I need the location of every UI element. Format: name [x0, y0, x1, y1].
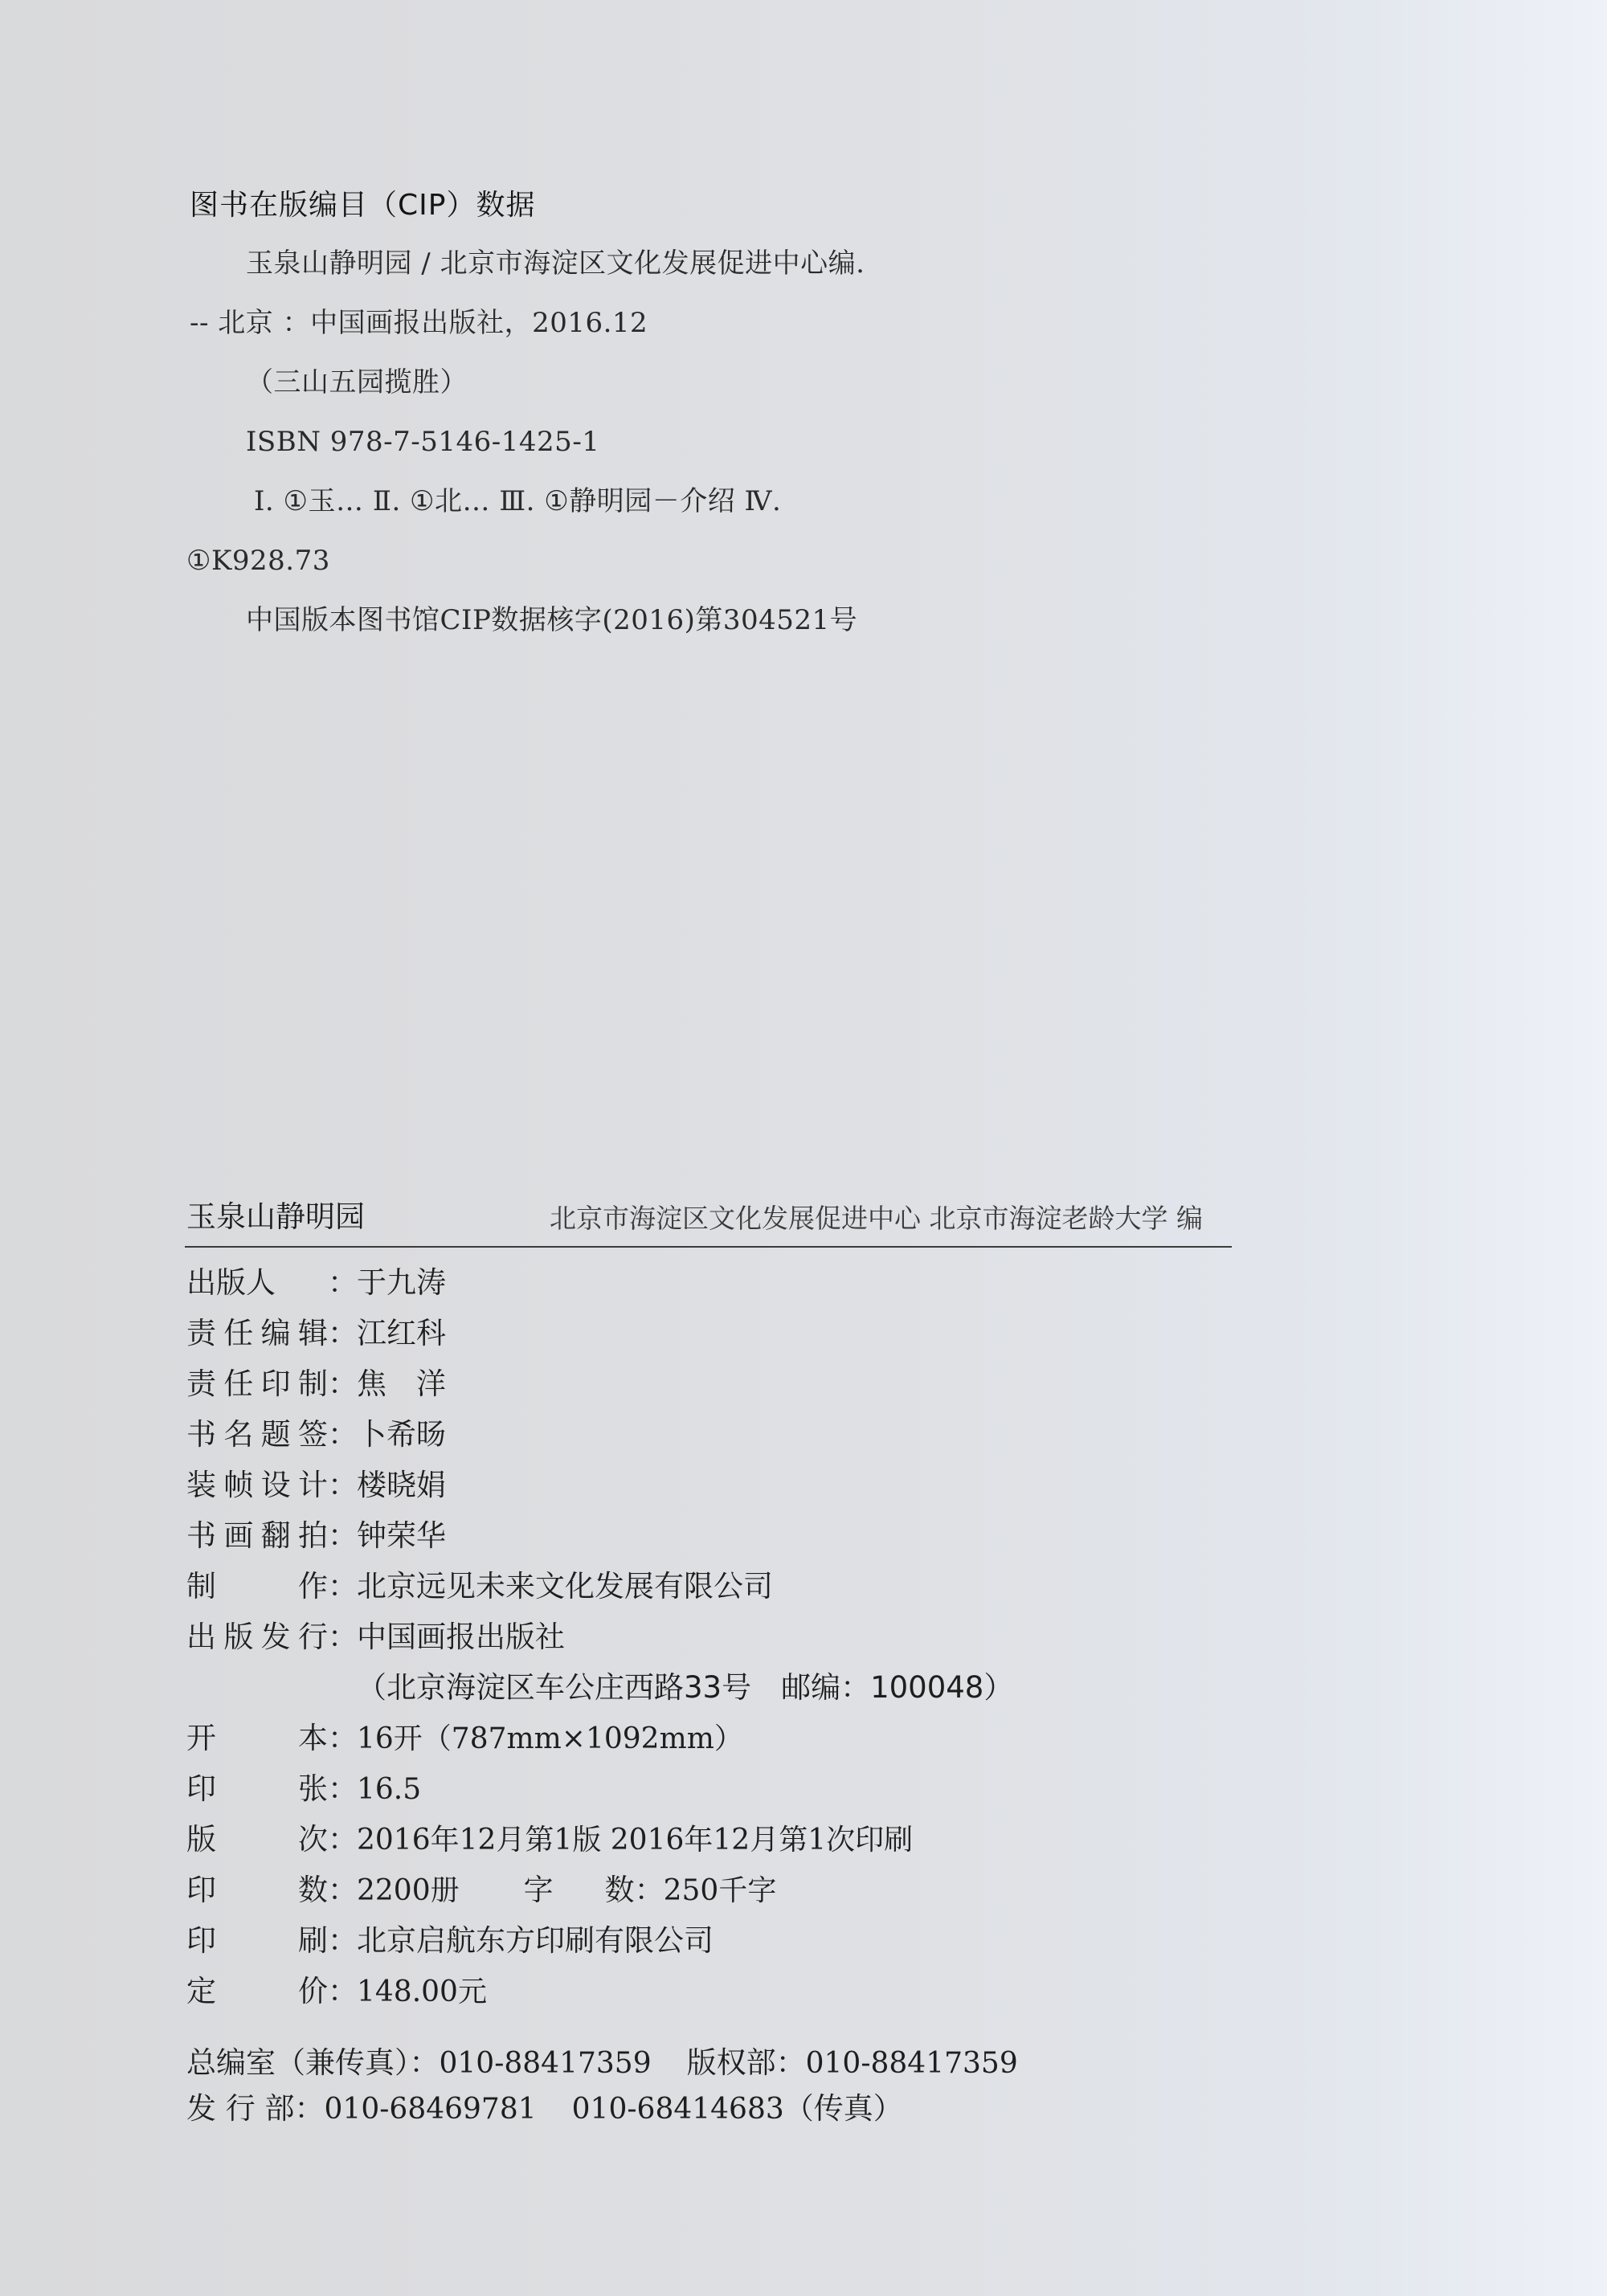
value-edition: 2016年12月第1版 2016年12月第1次印刷: [357, 1820, 913, 1861]
label-print-run: 印数: [186, 1870, 328, 1910]
row-publisher-person: 出版人 ： 于九涛: [186, 1263, 446, 1303]
value-word-count: 250千字: [664, 1871, 777, 1911]
value-print-supervisor: 焦 洋: [357, 1364, 446, 1404]
label-word-count: 字数: [524, 1870, 635, 1910]
book-editors: 北京市海淀区文化发展促进中心 北京市海淀老龄大学 编: [550, 1199, 1203, 1239]
label-printed-sheets: 印张: [186, 1769, 328, 1809]
row-printed-sheets: 印张 ： 16.5: [186, 1769, 421, 1810]
cip-line-title: 玉泉山静明园 / 北京市海淀区文化发展促进中心编.: [246, 246, 865, 281]
phone-copyright-dept: 010-88417359: [806, 2047, 1018, 2080]
cip-line-isbn: ISBN 978-7-5146-1425-1: [246, 424, 599, 460]
label-edition: 版次: [186, 1820, 328, 1860]
divider-line: [185, 1246, 1232, 1248]
row-print-supervisor: 责任印制 ： 焦 洋: [186, 1364, 446, 1404]
cip-line-subjects: Ⅰ. ①玉… Ⅱ. ①北… Ⅲ. ①静明园－介绍 Ⅳ.: [254, 484, 781, 519]
phone-editorial-office: 010-88417359: [440, 2047, 652, 2080]
label-printer: 印刷: [186, 1921, 328, 1961]
book-title: 玉泉山静明园: [186, 1197, 365, 1237]
value-publisher: 中国画报出版社: [357, 1617, 565, 1657]
value-publisher-address: （北京海淀区车公庄西路33号 邮编：100048）: [357, 1668, 1013, 1708]
cip-heading: 图书在版编目（CIP）数据: [190, 186, 535, 225]
label-editorial-office: 总编室（兼传真）：: [186, 2045, 440, 2080]
row-format: 开本 ： 16开（787mm×1092mm）: [186, 1718, 743, 1759]
row-publisher-address: （北京海淀区车公庄西路33号 邮编：100048）: [357, 1668, 1013, 1708]
value-printed-sheets: 16.5: [357, 1770, 421, 1810]
fax-note: （传真）: [784, 2091, 903, 2126]
label-distribution-dept: 发 行 部：: [186, 2091, 325, 2126]
value-printer: 北京启航东方印刷有限公司: [357, 1921, 714, 1961]
value-binding-design: 楼晓娟: [357, 1465, 446, 1505]
value-publisher-person: 于九涛: [357, 1263, 446, 1303]
label-format: 开本: [186, 1718, 328, 1759]
cip-line-publisher: -- 北京 ：中国画报出版社，2016.12: [190, 305, 648, 341]
row-responsible-editor: 责任编辑 ： 江红科: [186, 1313, 446, 1354]
label-price: 定价: [186, 1971, 328, 2012]
value-production: 北京远见未来文化发展有限公司: [357, 1567, 773, 1607]
row-artwork-photography: 书画翻拍 ： 钟荣华: [186, 1516, 446, 1556]
cip-line-classification: ①K928.73: [186, 543, 330, 578]
phone-distribution-2: 010-68414683: [572, 2093, 784, 2126]
label-copyright-dept: 版权部：: [687, 2045, 806, 2080]
row-publisher: 出版发行 ： 中国画报出版社: [186, 1617, 565, 1657]
value-print-run: 2200册: [357, 1871, 460, 1911]
value-responsible-editor: 江红科: [357, 1313, 446, 1354]
value-price: 148.00元: [357, 1972, 487, 2012]
contact-distribution-line: 发 行 部：010-68469781010-68414683（传真）: [186, 2089, 903, 2130]
label-production: 制作: [186, 1567, 328, 1607]
copyright-page: 图书在版编目（CIP）数据 玉泉山静明园 / 北京市海淀区文化发展促进中心编. …: [0, 0, 1607, 2296]
value-title-calligraphy: 卜希旸: [357, 1415, 446, 1455]
row-binding-design: 装帧设计 ： 楼晓娟: [186, 1465, 446, 1505]
phone-distribution-1: 010-68469781: [325, 2093, 537, 2126]
row-edition: 版次 ： 2016年12月第1版 2016年12月第1次印刷: [186, 1820, 913, 1861]
row-printer: 印刷 ： 北京启航东方印刷有限公司: [186, 1921, 714, 1961]
row-production: 制作 ： 北京远见未来文化发展有限公司: [186, 1567, 773, 1607]
row-title-calligraphy: 书名题签 ： 卜希旸: [186, 1415, 446, 1455]
value-format: 16开（787mm×1092mm）: [357, 1719, 743, 1759]
label-publisher-person: 出版人: [186, 1263, 328, 1303]
row-print-run: 印数 ： 2200册 字数 ： 250千字: [186, 1870, 776, 1911]
row-price: 定价 ： 148.00元: [186, 1971, 487, 2012]
contact-editorial-line: 总编室（兼传真）：010-88417359版权部：010-88417359: [186, 2043, 1018, 2084]
value-artwork-photography: 钟荣华: [357, 1516, 446, 1556]
cip-line-series: （三山五园揽胜）: [246, 365, 468, 400]
cip-line-record-number: 中国版本图书馆CIP数据核字(2016)第304521号: [246, 603, 857, 638]
